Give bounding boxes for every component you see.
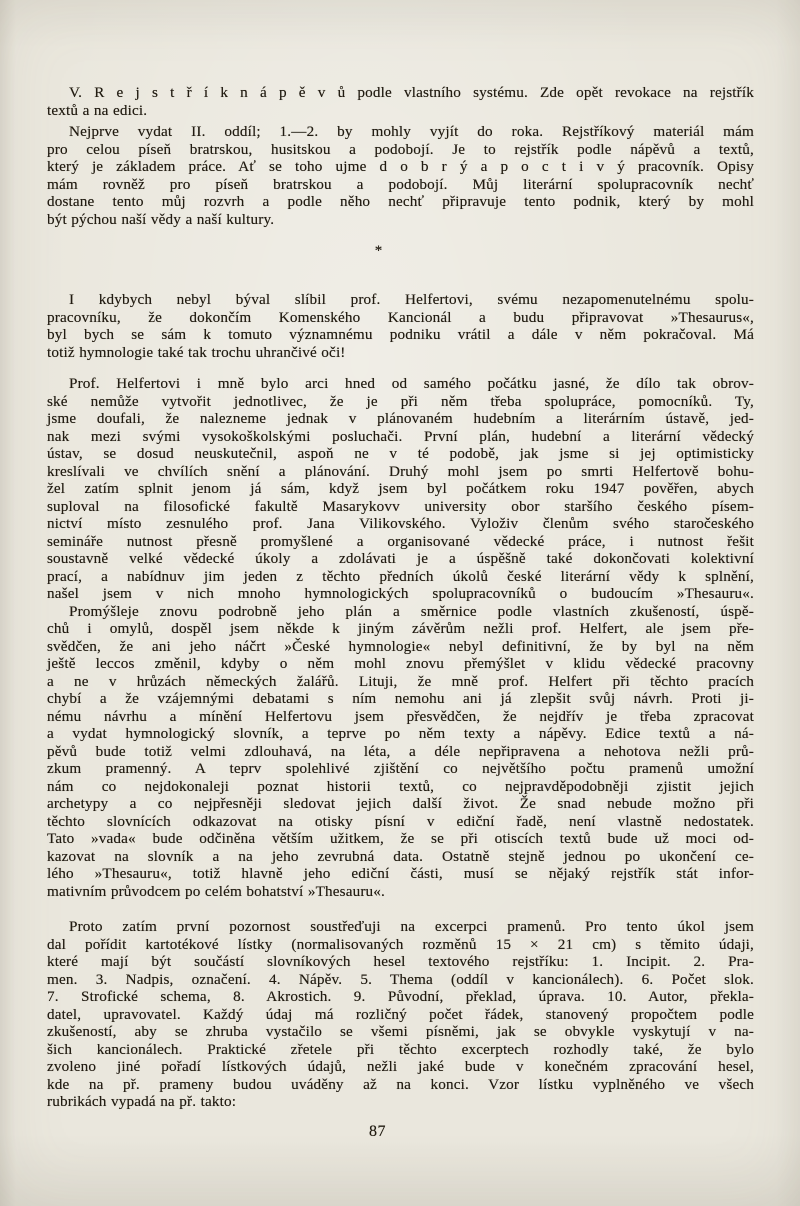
text-line: které mají být součástí slovníkových hes…: [47, 953, 754, 971]
text-line: datel, upravovatel. Každý údaj má rozlič…: [47, 1006, 754, 1024]
asterisk-section-divider: *: [25, 242, 732, 260]
paragraph-excerpt-cards: Proto zatím první pozornost soustřeďuji …: [47, 918, 754, 1111]
text-line: V. R e j s t ř í k n á p ě v ů podle vla…: [47, 84, 754, 102]
text-line: Nejprve vydat II. oddíl; 1.—2. by mohly …: [47, 123, 754, 141]
text-line: Proto zatím první pozornost soustřeďuji …: [47, 918, 754, 936]
text-line: chybí a že vzájemnými debatami s ním nem…: [47, 690, 754, 708]
text-line: kazovat na slovník a na jeho zevrubná da…: [47, 848, 754, 866]
text-line: 7. Strofické schema, 8. Akrostich. 9. Pů…: [47, 988, 754, 1006]
text-line: chů i omylů, dospěl jsem někde k jiným z…: [47, 620, 754, 638]
text-line: ještě leccos změnil, kdyby o něm mohl zn…: [47, 655, 754, 673]
text-line: suploval na filosofické fakultě Masaryko…: [47, 498, 754, 516]
text-line: který je základem práce. Ať se toho ujme…: [47, 158, 754, 176]
page-text: V. R e j s t ř í k n á p ě v ů podle vla…: [47, 84, 754, 1141]
text-line: zkum pramenný. A teprv spolehlivé zjiště…: [47, 760, 754, 778]
text-line: dostane tento můj rozvrh a podle něho ne…: [47, 193, 754, 211]
paragraph-helfert-promise: I kdybych nebyl býval slíbil prof. Helfe…: [47, 291, 754, 361]
paragraph-dictionary-plan: Promýšleje znovu podrobně jeho plán a sm…: [47, 603, 754, 901]
text-line: kreslívali ve chvílích snění a plánování…: [47, 463, 754, 481]
text-line: nictví místo zesnulého prof. Jana Viliko…: [47, 515, 754, 533]
text-line: těchto slovnících odkazovat na otisky pí…: [47, 813, 754, 831]
text-line: pracovníku, že dokončím Komenského Kanci…: [47, 309, 754, 327]
text-line: prací, a nabídnuv jim jeden z těchto pře…: [47, 568, 754, 586]
text-line: pro celou píseň bratrskou, husitskou a p…: [47, 141, 754, 159]
text-line: soustavně velké vědecké úkoly a zdolávat…: [47, 550, 754, 568]
text-line: ské nemůže vytvořit jednotlivec, že je p…: [47, 393, 754, 411]
text-line: zvoleno jiné pořadí lístkových údajů, ne…: [47, 1058, 754, 1076]
text-line: lého »Thesauru«, totiž hlavně jeho edičn…: [47, 865, 754, 883]
text-line: men. 3. Nadpis, označení. 4. Nápěv. 5. T…: [47, 971, 754, 989]
text-line: dal pořídit kartotékové lístky (normalis…: [47, 936, 754, 954]
paragraph-register-melodies: V. R e j s t ř í k n á p ě v ů podle vla…: [47, 84, 754, 119]
text-line: Promýšleje znovu podrobně jeho plán a sm…: [47, 603, 754, 621]
paragraph-collaboration: Prof. Helfertovi i mně bylo arci hned od…: [47, 375, 754, 603]
text-line: textů a na edici.: [47, 102, 754, 120]
text-line: archetypy a co nejpřesněji sledovat jeji…: [47, 795, 754, 813]
text-line: byl bych se sám k tomuto významnému podn…: [47, 326, 754, 344]
text-line: a ne v hrůzách německých žalářů. Lituji,…: [47, 673, 754, 691]
text-line: nému návrhu a mínění Helfertovu jsem pře…: [47, 708, 754, 726]
text-line: nám co nejdokonaleji poznat historii tex…: [47, 778, 754, 796]
text-line: zkušeností, aby se zhruba vystačilo se v…: [47, 1023, 754, 1041]
text-line: rubrikách vypadá na př. takto:: [47, 1093, 754, 1111]
text-line: být pýchou naší vědy a naší kultury.: [47, 211, 754, 229]
text-line: jsme doufali, že nalezneme jednak v plán…: [47, 410, 754, 428]
text-line: pěvů bude totiž velmi zdlouhavá, na léta…: [47, 743, 754, 761]
text-line: Prof. Helfertovi i mně bylo arci hned od…: [47, 375, 754, 393]
text-line: Tato »vada« bude odčiněna větším užitkem…: [47, 830, 754, 848]
text-line: mám rovněž pro píseň bratrskou a podoboj…: [47, 176, 754, 194]
text-line: svědčen, že ani jeho náčrt »České hymnol…: [47, 638, 754, 656]
text-line: kde na př. prameny budou uváděny až na k…: [47, 1076, 754, 1094]
text-line: nak mezi svými vysokoškolskými posluchač…: [47, 428, 754, 446]
text-line: žel zatím splnit jenom já sám, když jsem…: [47, 480, 754, 498]
text-line: šich kancionálech. Praktické zřetele při…: [47, 1041, 754, 1059]
text-line: a vydat hymnologický slovník, a teprve p…: [47, 725, 754, 743]
scanned-book-page: V. R e j s t ř í k n á p ě v ů podle vla…: [0, 0, 800, 1206]
text-line: I kdybych nebyl býval slíbil prof. Helfe…: [47, 291, 754, 309]
page-number: 87: [24, 1123, 731, 1141]
text-line: mativním průvodcem po celém bohatství »T…: [47, 883, 754, 901]
text-line: ústav, se dosud neuskutečnil, aspoň ne v…: [47, 445, 754, 463]
text-line: našel jsem v nich mnoho hymnologických s…: [47, 585, 754, 603]
paragraph-publishing-plan: Nejprve vydat II. oddíl; 1.—2. by mohly …: [47, 123, 754, 228]
text-line: totiž hymnologie také tak trochu uhranči…: [47, 344, 754, 362]
text-line: semináře nutnost přesně promyšlené a org…: [47, 533, 754, 551]
